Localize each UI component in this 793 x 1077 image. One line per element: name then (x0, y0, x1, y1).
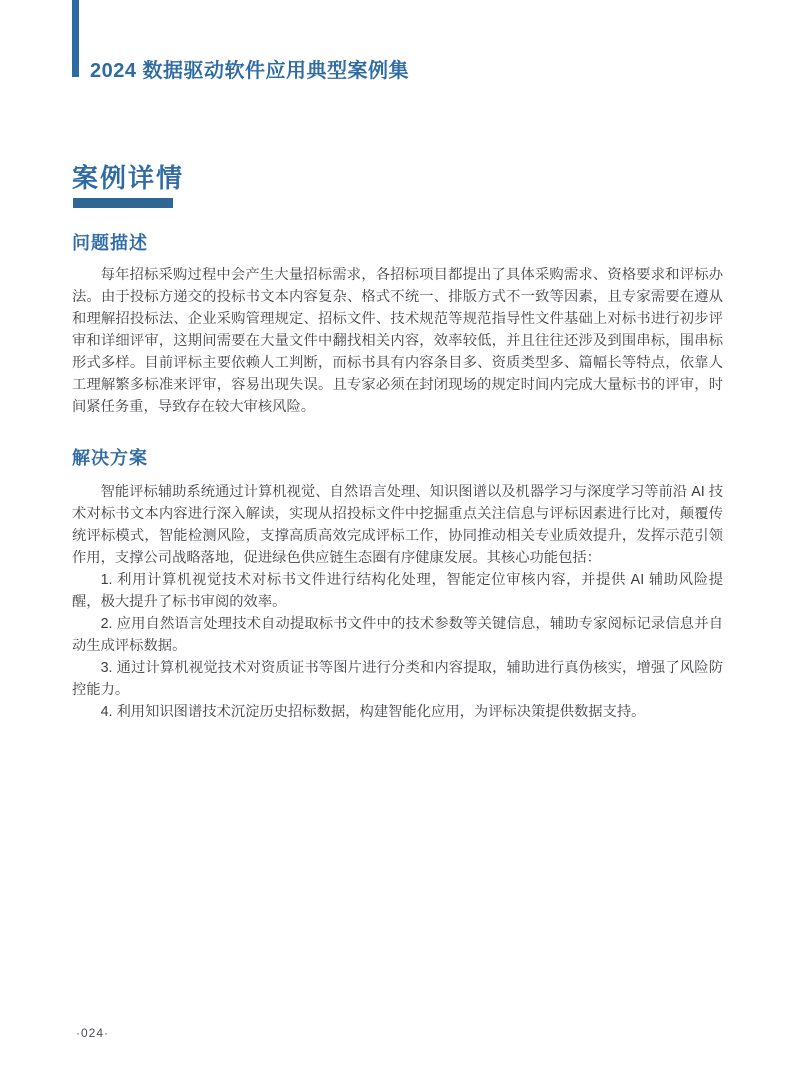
solution-intro-paragraph: 智能评标辅助系统通过计算机视觉、自然语言处理、知识图谱以及机器学习与深度学习等前… (72, 481, 723, 569)
heading-problem-description: 问题描述 (72, 229, 148, 255)
heading-solution: 解决方案 (72, 444, 148, 470)
header-accent-bar (72, 0, 79, 77)
section-title-underline (73, 198, 173, 208)
solution-text: 智能评标辅助系统通过计算机视觉、自然语言处理、知识图谱以及机器学习与深度学习等前… (72, 481, 723, 723)
problem-paragraph: 每年招标采购过程中会产生大量招标需求，各招标项目都提出了具体采购需求、资格要求和… (72, 264, 723, 418)
solution-item-3: 3. 通过计算机视觉技术对资质证书等图片进行分类和内容提取，辅助进行真伪核实，增… (72, 657, 723, 701)
solution-item-4: 4. 利用知识图谱技术沉淀历史招标数据，构建智能化应用，为评标决策提供数据支持。 (72, 701, 723, 723)
document-page: 2024 数据驱动软件应用典型案例集 案例详情 问题描述 每年招标采购过程中会产… (0, 0, 793, 1077)
solution-item-1: 1. 利用计算机视觉技术对标书文件进行结构化处理，智能定位审核内容，并提供 AI… (72, 569, 723, 613)
section-title-case-details: 案例详情 (72, 158, 184, 195)
document-header-title: 2024 数据驱动软件应用典型案例集 (90, 54, 409, 83)
solution-item-2: 2. 应用自然语言处理技术自动提取标书文件中的技术参数等关键信息，辅助专家阅标记… (72, 613, 723, 657)
page-number: ·024· (76, 1026, 109, 1040)
problem-description-text: 每年招标采购过程中会产生大量招标需求，各招标项目都提出了具体采购需求、资格要求和… (72, 264, 723, 418)
